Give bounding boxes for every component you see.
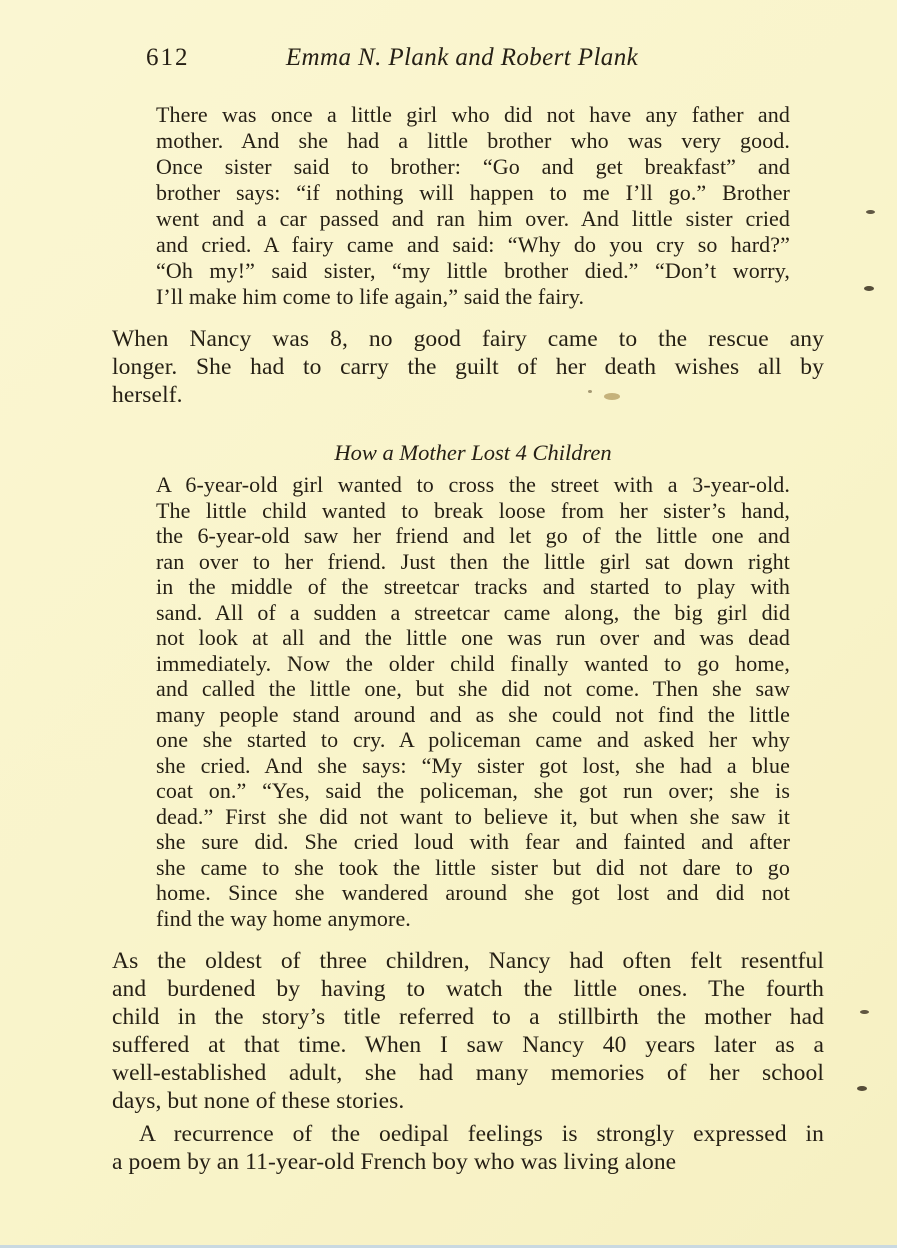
text-line: one she started to cry. A policeman came… xyxy=(156,727,790,753)
story-heading: How a Mother Lost 4 Children xyxy=(156,440,790,466)
text-line: dead.” First she did not want to believe… xyxy=(156,804,790,830)
text-line: went and a car passed and ran him over. … xyxy=(156,206,790,232)
text-line: When Nancy was 8, no good fairy came to … xyxy=(112,325,824,353)
text-line: The little child wanted to break loose f… xyxy=(156,498,790,524)
text-line: brother says: “if nothing will happen to… xyxy=(156,180,790,206)
text-line: longer. She had to carry the guilt of he… xyxy=(112,353,824,381)
text-line: and cried. A fairy came and said: “Why d… xyxy=(156,232,790,258)
scan-speck xyxy=(860,1010,869,1014)
scan-smudge-dot xyxy=(588,390,592,393)
text-line: A recurrence of the oedipal feelings is … xyxy=(112,1120,824,1148)
text-line: home. Since she wandered around she got … xyxy=(156,880,790,906)
text-line: find the way home anymore. xyxy=(156,906,790,932)
running-head: Emma N. Plank and Robert Plank xyxy=(106,44,818,72)
text-line: herself. xyxy=(112,381,824,409)
text-line: immediately. Now the older child finally… xyxy=(156,651,790,677)
scanned-book-page: 612 Emma N. Plank and Robert Plank There… xyxy=(0,0,897,1248)
text-line: A 6-year-old girl wanted to cross the st… xyxy=(156,472,790,498)
text-line: she cried. And she says: “My sister got … xyxy=(156,753,790,779)
text-line: and called the little one, but she did n… xyxy=(156,676,790,702)
text-line: coat on.” “Yes, said the policeman, she … xyxy=(156,778,790,804)
text-line: the 6-year-old saw her friend and let go… xyxy=(156,523,790,549)
text-line: child in the story’s title referred to a… xyxy=(112,1003,824,1031)
text-line: in the middle of the streetcar tracks an… xyxy=(156,574,790,600)
text-line: not look at all and the little one was r… xyxy=(156,625,790,651)
text-line: mother. And she had a little brother who… xyxy=(156,128,790,154)
text-line: There was once a little girl who did not… xyxy=(156,102,790,128)
scan-speck xyxy=(866,210,875,214)
text-line: As the oldest of three children, Nancy h… xyxy=(112,947,824,975)
text-line: ran over to her friend. Just then the li… xyxy=(156,549,790,575)
text-line: suffered at that time. When I saw Nancy … xyxy=(112,1031,824,1059)
page-header: 612 Emma N. Plank and Robert Plank xyxy=(112,0,824,80)
text-line: I’ll make him come to life again,” said … xyxy=(156,284,790,310)
text-line: sand. All of a sudden a streetcar came a… xyxy=(156,600,790,626)
text-line: “Oh my!” said sister, “my little brother… xyxy=(156,258,790,284)
text-line: well-established adult, she had many mem… xyxy=(112,1059,824,1087)
scan-speck xyxy=(857,1086,867,1091)
paragraph-nancy-guilt: When Nancy was 8, no good fairy came to … xyxy=(112,325,824,409)
text-line: and burdened by having to watch the litt… xyxy=(112,975,824,1003)
text-line: a poem by an 11-year-old French boy who … xyxy=(112,1148,824,1176)
paragraph-as-oldest: As the oldest of three children, Nancy h… xyxy=(112,947,824,1115)
text-line: days, but none of these stories. xyxy=(112,1087,824,1115)
text-line: she sure did. She cried loud with fear a… xyxy=(156,829,790,855)
blockquote-fairy-story: There was once a little girl who did not… xyxy=(156,102,790,310)
text-line: she came to she took the little sister b… xyxy=(156,855,790,881)
scan-speck xyxy=(864,286,874,291)
scan-smudge xyxy=(604,393,620,400)
blockquote-mother-lost-children: A 6-year-old girl wanted to cross the st… xyxy=(156,472,790,931)
text-line: many people stand around and as she coul… xyxy=(156,702,790,728)
text-column: 612 Emma N. Plank and Robert Plank There… xyxy=(112,0,824,1176)
text-line: Once sister said to brother: “Go and get… xyxy=(156,154,790,180)
paragraph-recurrence: A recurrence of the oedipal feelings is … xyxy=(112,1120,824,1176)
